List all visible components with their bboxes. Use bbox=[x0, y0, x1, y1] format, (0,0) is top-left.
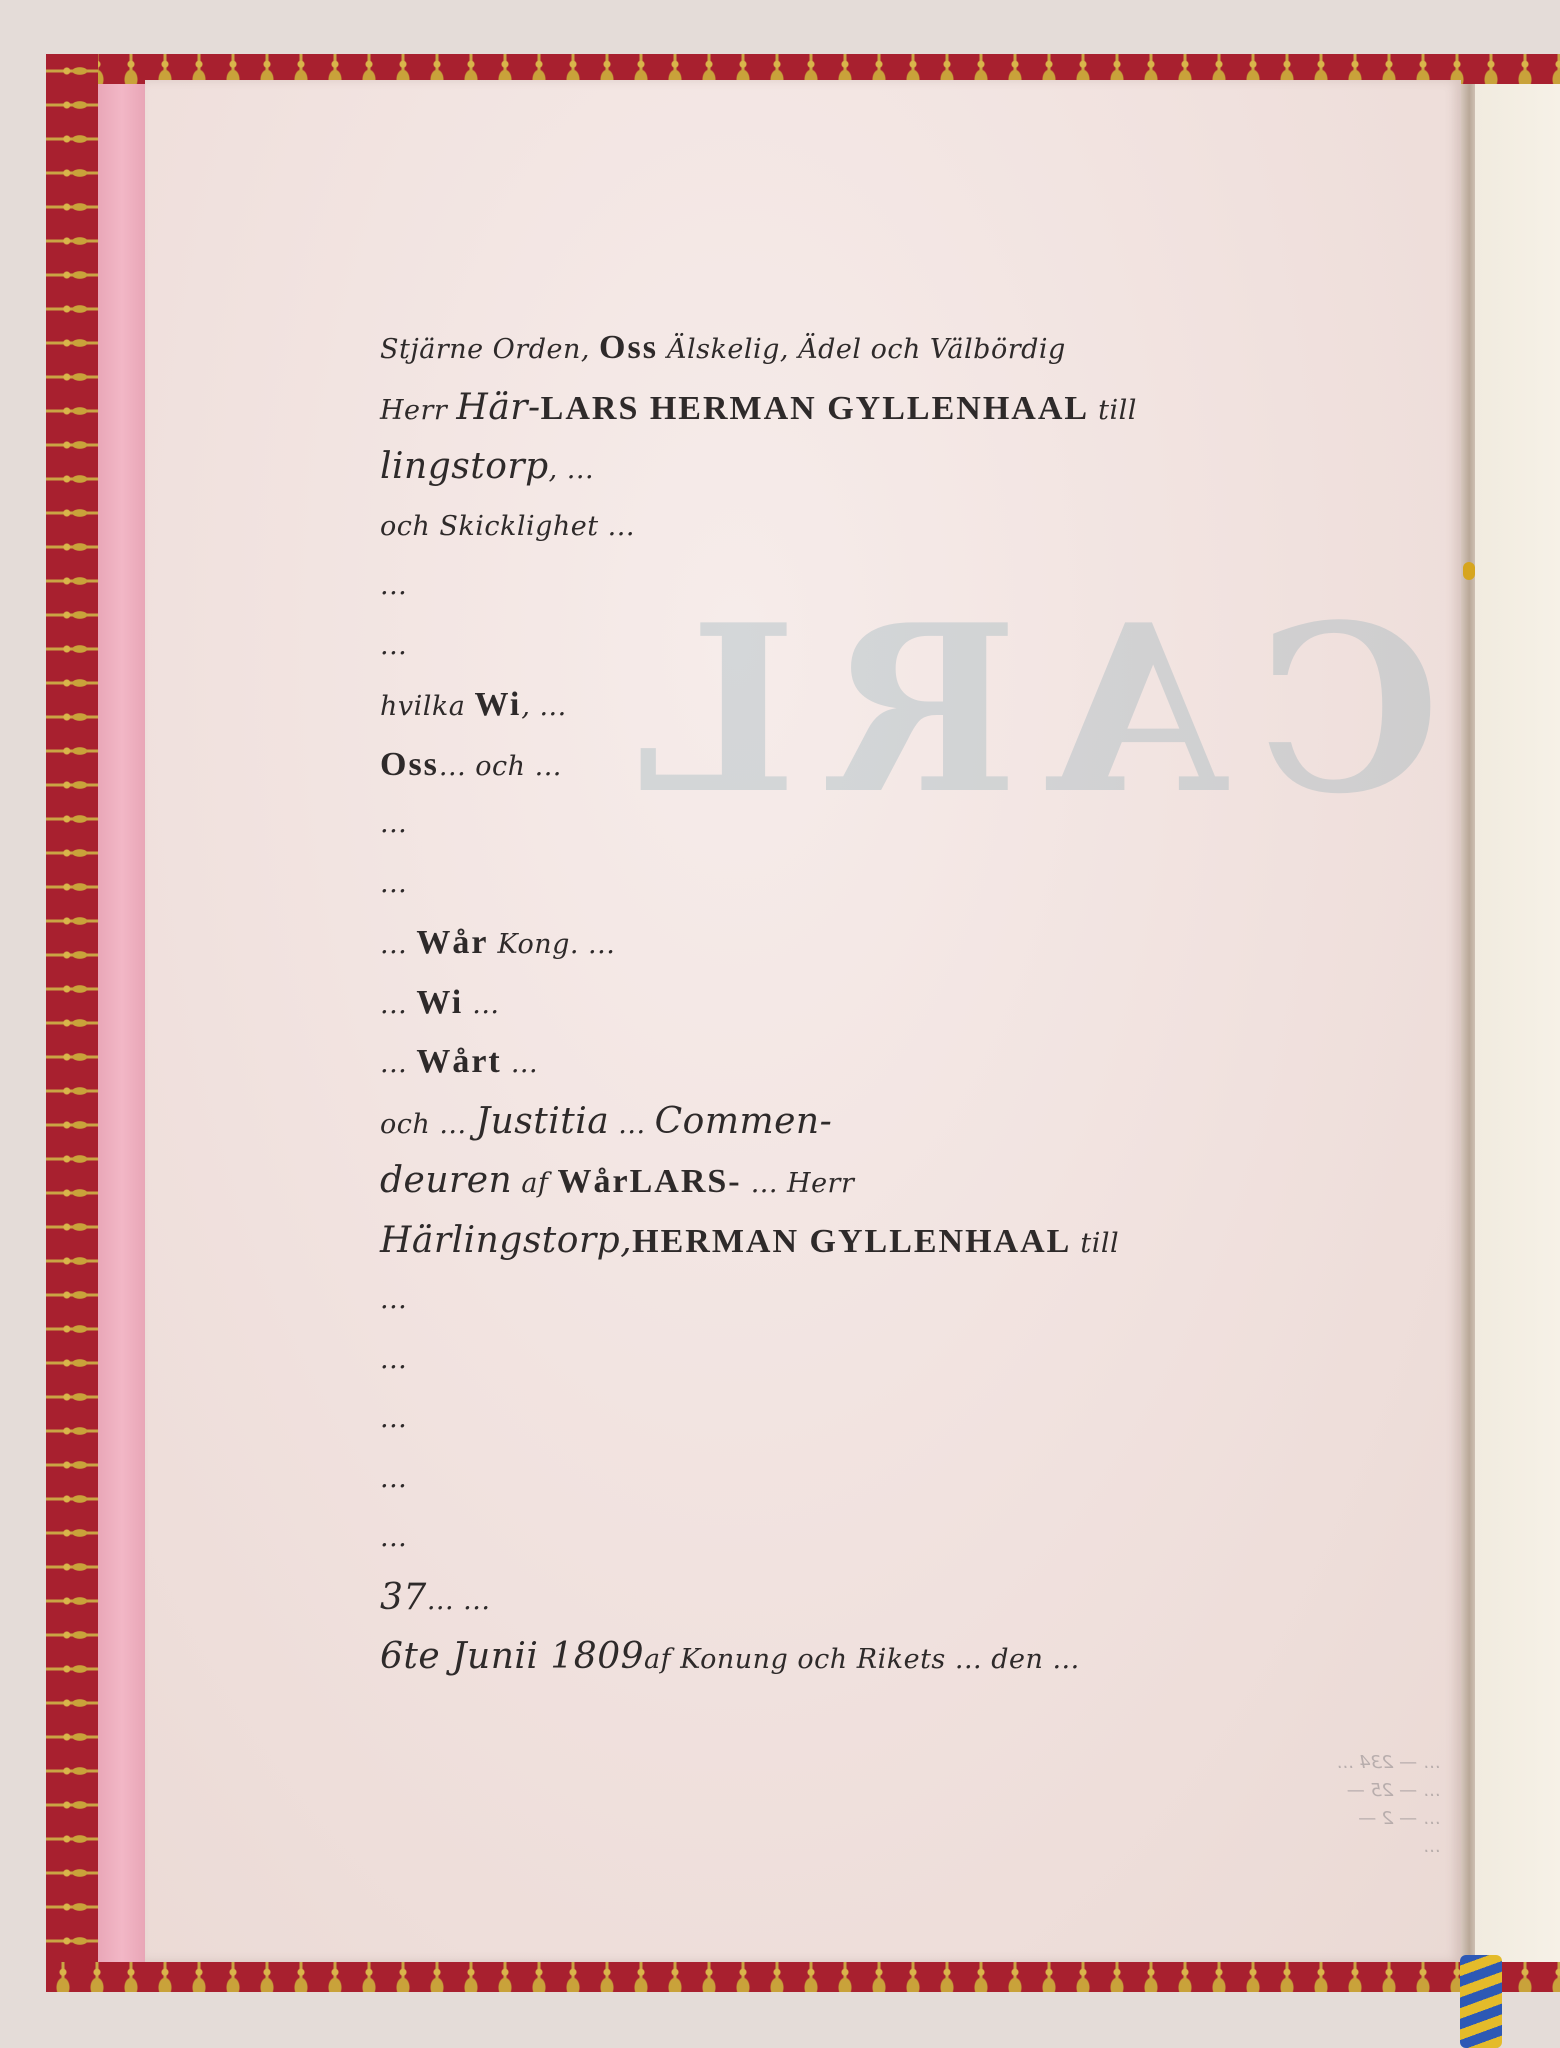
emphasized-word: Wi bbox=[474, 686, 521, 723]
manuscript-line: ... bbox=[380, 854, 1280, 914]
text-run: och ... bbox=[380, 1109, 476, 1140]
text-run: Härlingstorp, bbox=[380, 1220, 632, 1261]
manuscript-line: ... bbox=[380, 616, 1280, 676]
manuscript-body: Stjärne Orden, Oss Älskelig, Ädel och Vä… bbox=[380, 318, 1280, 1687]
gold-tooled-border-left bbox=[46, 54, 98, 1992]
page-gutter bbox=[1461, 84, 1475, 1962]
text-run: hvilka bbox=[380, 691, 474, 722]
manuscript-line: och Skicklighet ... bbox=[380, 497, 1280, 557]
marginal-note-line: ... — 25 — bbox=[1020, 1780, 1440, 1808]
manuscript-line: Stjärne Orden, Oss Älskelig, Ädel och Vä… bbox=[380, 318, 1280, 378]
text-run: ... bbox=[463, 989, 499, 1020]
text-run: 37 bbox=[380, 1577, 427, 1618]
text-run: ... bbox=[380, 1344, 407, 1375]
manuscript-line: ... bbox=[380, 1330, 1280, 1390]
text-run: Älskelig, Ädel och Välbördig bbox=[658, 334, 1066, 365]
manuscript-line: ... bbox=[380, 556, 1280, 616]
manuscript-line: Herr Här-LARS HERMAN GYLLENHAAL till bbox=[380, 378, 1280, 438]
emphasized-word: Oss bbox=[380, 746, 439, 783]
text-run: Stjärne Orden, bbox=[380, 334, 599, 365]
text-run: till bbox=[1089, 395, 1137, 426]
emphasized-word: Oss bbox=[599, 329, 658, 366]
text-run: ... bbox=[427, 1585, 463, 1616]
name-capitals: LARS- bbox=[630, 1163, 742, 1200]
text-run: ... bbox=[380, 868, 407, 899]
text-run: lingstorp bbox=[380, 446, 549, 487]
name-capitals: HERMAN GYLLENHAAL bbox=[632, 1223, 1071, 1260]
manuscript-line: ... bbox=[380, 1389, 1280, 1449]
text-run: ... bbox=[463, 1585, 490, 1616]
text-run: ... bbox=[380, 1403, 407, 1434]
emphasized-word: Wår bbox=[558, 1163, 630, 1200]
text-run: , ... bbox=[549, 454, 594, 485]
manuscript-line: ... bbox=[380, 1508, 1280, 1568]
marginal-note-line: ... bbox=[1020, 1836, 1440, 1864]
text-run: och Skicklighet ... bbox=[380, 511, 635, 542]
facing-page-edge bbox=[1475, 84, 1560, 1962]
text-run: ... bbox=[380, 929, 416, 960]
text-run: ... bbox=[439, 751, 475, 782]
manuscript-line: ... Wi ... bbox=[380, 973, 1280, 1033]
text-run: Här- bbox=[456, 387, 540, 428]
text-run: och ... bbox=[475, 751, 562, 782]
text-run: ... bbox=[380, 1048, 416, 1079]
manuscript-line: Härlingstorp,HERMAN GYLLENHAAL till bbox=[380, 1211, 1280, 1271]
text-run: Commen- bbox=[655, 1101, 833, 1142]
text-run: ... bbox=[1052, 1644, 1079, 1675]
manuscript-line: hvilka Wi, ... bbox=[380, 675, 1280, 735]
pink-silk-lining bbox=[98, 84, 146, 1962]
gold-tooled-border-bottom bbox=[46, 1962, 1560, 1992]
text-run: ... bbox=[380, 1284, 407, 1315]
marginal-note-line: ... — 234 ... bbox=[1020, 1752, 1440, 1780]
text-run: af bbox=[512, 1168, 557, 1199]
manuscript-line: ... bbox=[380, 794, 1280, 854]
manuscript-line: lingstorp, ... bbox=[380, 437, 1280, 497]
emphasized-word: Wårt bbox=[416, 1043, 501, 1080]
marginal-note-line: ... — 2 — bbox=[1020, 1808, 1440, 1836]
text-run: 6te Junii 1809 bbox=[380, 1636, 644, 1677]
marginal-note: ... — 234 ...... — 25 —... — 2 —... bbox=[1020, 1752, 1440, 1864]
text-run: till bbox=[1071, 1228, 1119, 1259]
text-run: , ... bbox=[521, 691, 566, 722]
manuscript-line: ... bbox=[380, 1270, 1280, 1330]
manuscript-line: 6te Junii 1809af Konung och Rikets ... d… bbox=[380, 1627, 1280, 1687]
manuscript-line: ... Wårt ... bbox=[380, 1032, 1280, 1092]
text-run: ... bbox=[380, 1463, 407, 1494]
emphasized-word: Wår bbox=[416, 924, 488, 961]
text-run: Herr bbox=[380, 395, 456, 426]
text-run: ... bbox=[380, 1522, 407, 1553]
text-run: ... Herr bbox=[742, 1168, 855, 1199]
text-run: ... bbox=[609, 1109, 654, 1140]
text-run: ... bbox=[502, 1048, 538, 1079]
text-run: ... bbox=[380, 808, 407, 839]
manuscript-line: Oss... och ... bbox=[380, 735, 1280, 795]
manuscript-line: deuren af WårLARS- ... Herr bbox=[380, 1151, 1280, 1211]
manuscript-line: och ... Justitia ... Commen- bbox=[380, 1092, 1280, 1152]
text-run: Justitia bbox=[476, 1101, 610, 1142]
text-run: deuren bbox=[380, 1160, 512, 1201]
name-capitals: LARS HERMAN GYLLENHAAL bbox=[541, 390, 1089, 427]
text-run: af Konung och Rikets ... den bbox=[644, 1644, 1052, 1675]
binding-thread-knot bbox=[1463, 562, 1475, 580]
seal-cord bbox=[1460, 1955, 1502, 2048]
text-run: ... bbox=[380, 989, 416, 1020]
manuscript-line: ... Wår Kong. ... bbox=[380, 913, 1280, 973]
emphasized-word: Wi bbox=[416, 984, 463, 1021]
text-run: Kong. ... bbox=[488, 929, 615, 960]
text-run: ... bbox=[380, 630, 407, 661]
manuscript-line: ... bbox=[380, 1449, 1280, 1509]
manuscript-line: 37... ... bbox=[380, 1568, 1280, 1628]
text-run: ... bbox=[380, 570, 407, 601]
